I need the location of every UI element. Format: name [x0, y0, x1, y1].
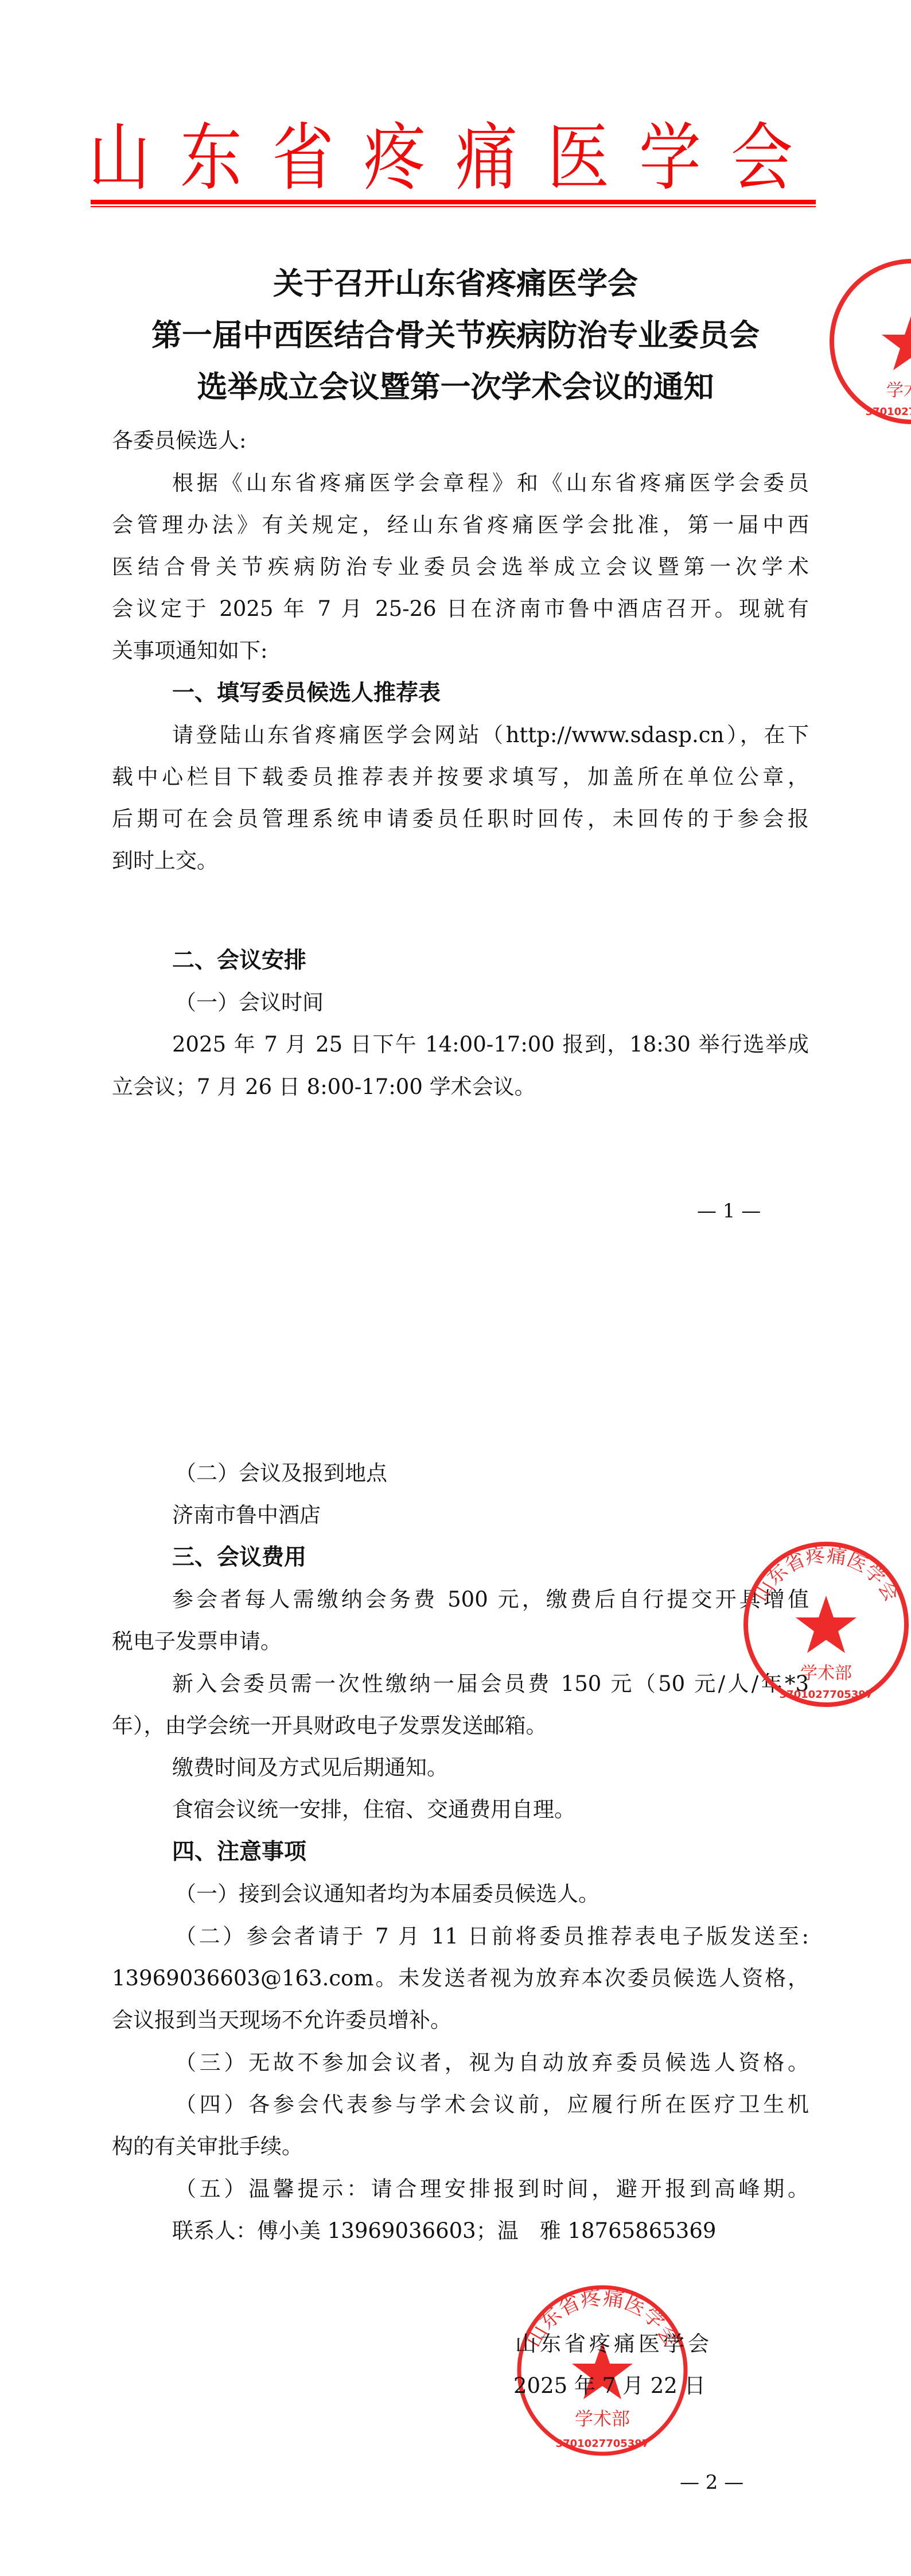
note-4-line-1: （四）各参会代表参与学术会议前，应履行所在医疗卫生机	[175, 2092, 809, 2117]
notice-title-line-1: 关于召开山东省疼痛医学会	[0, 258, 911, 310]
note-2-line-3: 会议报到当天现场不允许委员增补。	[112, 2008, 812, 2033]
salutation: 各委员候选人:	[112, 428, 812, 453]
intro-line-4: 会议定于 2025 年 7 月 25-26 日在济南市鲁中酒店召开。现就有	[112, 596, 809, 622]
masthead-rule-thick	[91, 200, 816, 204]
notice-title-line-3: 选举成立会议暨第一次学术会议的通知	[0, 362, 911, 413]
intro-line-5: 关事项通知如下:	[112, 638, 812, 664]
note-3: （三）无故不参加会议者，视为自动放弃委员候选人资格。	[175, 2050, 809, 2075]
page-number-2: — 2 —	[680, 2471, 743, 2494]
fee-line-6: 食宿会议统一安排，住宿、交通费用自理。	[172, 1797, 872, 1822]
section-1-line-4: 到时上交。	[112, 848, 812, 874]
fee-line-1: 参会者每人需缴纳会务费 500 元，缴费后自行提交开具增值	[172, 1587, 809, 1612]
svg-text:3701027705397: 3701027705397	[866, 406, 911, 418]
section-2-heading: 二、会议安排	[172, 948, 872, 973]
intro-line-3: 医结合骨关节疾病防治专业委员会选举成立会议暨第一次学术	[112, 554, 809, 580]
svg-text:学术部: 学术部	[886, 381, 911, 401]
masthead-title: 山东省疼痛医学会	[0, 118, 911, 199]
signature-seal-icon: 山东省疼痛医学会 学术部 3701027705397	[513, 2282, 691, 2459]
signature-organization: 山东省疼痛医学会	[515, 2331, 713, 2357]
note-4-line-2: 构的有关审批手续。	[112, 2134, 812, 2159]
section-2-sub-2-heading: （二）会议及报到地点	[175, 1461, 875, 1486]
page-number-1: — 1 —	[697, 1200, 761, 1223]
intro-line-2: 会管理办法》有关规定，经山东省疼痛医学会批准，第一届中西	[112, 513, 809, 538]
official-seal-icon: 山东省疼痛医学会 学术部 3701027705397	[826, 255, 911, 428]
section-1-line-1: 请登陆山东省疼痛医学会网站（http://www.sdasp.cn），在下	[172, 723, 809, 748]
note-2-line-2: 13969036603@163.com。未发送者视为放弃本次委员候选人资格，	[112, 1966, 809, 1991]
meeting-time-line-1: 2025 年 7 月 25 日下午 14:00-17:00 报到，18:30 举…	[172, 1032, 809, 1057]
section-1-line-3: 后期可在会员管理系统申请委员任职时回传，未回传的于参会报	[112, 806, 809, 832]
section-2-sub-1-heading: （一）会议时间	[175, 990, 875, 1015]
venue: 济南市鲁中酒店	[172, 1503, 872, 1528]
fee-line-4: 年），由学会统一开具财政电子发票发送邮箱。	[112, 1713, 812, 1739]
note-2-line-1: （二）参会者请于 7 月 11 日前将委员推荐表电子版发送至:	[175, 1924, 809, 1949]
fee-line-3: 新入会委员需一次性缴纳一届会员费 150 元（50 元/人/年*3	[172, 1671, 809, 1697]
svg-text:3701027705397: 3701027705397	[556, 2438, 649, 2450]
contact-line: 联系人：傅小美 13969036603；温 雅 18765865369	[172, 2218, 872, 2244]
notice-title-line-2: 第一届中西医结合骨关节疾病防治专业委员会	[0, 310, 911, 362]
intro-line-1: 根据《山东省疼痛医学会章程》和《山东省疼痛医学会委员	[172, 471, 809, 496]
section-4-heading: 四、注意事项	[172, 1840, 872, 1865]
meeting-time-line-2: 立会议；7 月 26 日 8:00-17:00 学术会议。	[112, 1074, 812, 1100]
svg-text:学术部: 学术部	[575, 2408, 630, 2430]
signature-date: 2025 年 7 月 22 日	[513, 2373, 706, 2399]
svg-text:学术部: 学术部	[800, 1663, 852, 1683]
fee-line-5: 缴费时间及方式见后期通知。	[172, 1755, 872, 1780]
masthead-rule-thin	[91, 206, 816, 207]
note-5: （五）温馨提示：请合理安排报到时间，避开报到高峰期。	[175, 2177, 809, 2202]
fee-line-2: 税电子发票申请。	[112, 1629, 812, 1654]
official-seal-icon: 山东省疼痛医学会 学术部 3701027705397	[740, 1538, 911, 1710]
svg-text:3701027705397: 3701027705397	[780, 1689, 873, 1701]
note-1: （一）接到会议通知者均为本届委员候选人。	[175, 1881, 875, 1907]
section-1-line-2: 载中心栏目下载委员推荐表并按要求填写，加盖所在单位公章，	[112, 765, 809, 790]
section-1-heading: 一、填写委员候选人推荐表	[172, 681, 872, 706]
